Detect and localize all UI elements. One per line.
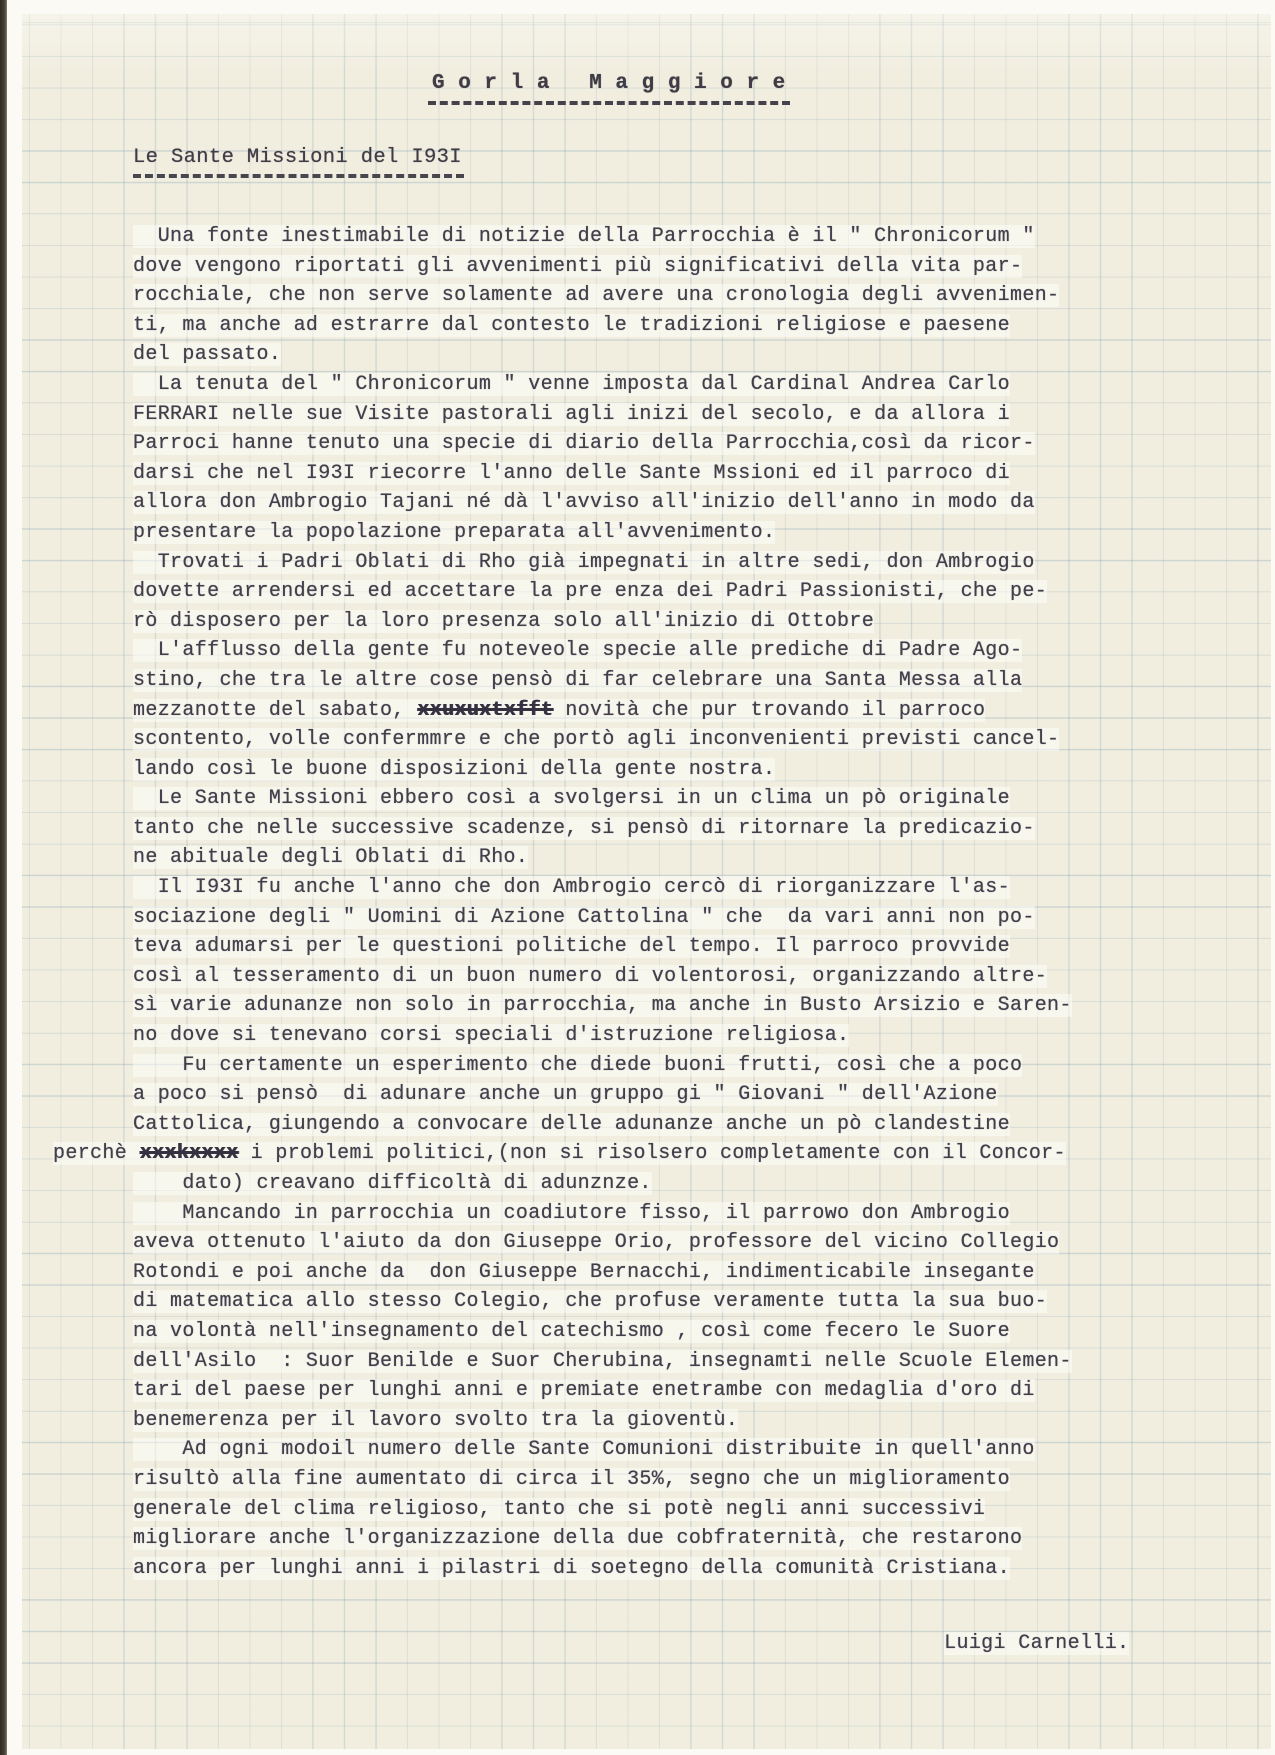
text-line: rocchiale, che non serve solamente ad av… [133, 281, 1213, 311]
title-underline: G o r l a M a g g i o r e [428, 72, 790, 105]
text-line: ne abituale degli Oblati di Rho. [133, 843, 1213, 873]
text-line: dove vengono riportati gli avvenimenti p… [133, 252, 1213, 282]
text-line: scontento, volle confermmre e che portò … [133, 725, 1213, 755]
text-line: na volontà nell'insegnamento del catechi… [133, 1317, 1213, 1347]
page-title: G o r l a M a g g i o r e [432, 72, 786, 95]
text-line: L'afflusso della gente fu noteveole spec… [133, 636, 1213, 666]
signature: Luigi Carnelli. [944, 1632, 1129, 1655]
scan-edge-shadow [0, 0, 7, 1755]
text-line: La tenuta del " Chronicorum " venne impo… [133, 370, 1213, 400]
text-line: darsi che nel I93I riecorre l'anno delle… [133, 459, 1213, 489]
text-line: Parroci hanne tenuto una specie di diari… [133, 429, 1213, 459]
text-line: rò disposero per la loro presenza solo a… [133, 607, 1213, 637]
text-line: Trovati i Padri Oblati di Rho già impegn… [133, 548, 1213, 578]
text-line: allora don Ambrogio Tajani né dà l'avvis… [133, 488, 1213, 518]
struck-out-text: xxuxuxtxfft [417, 699, 553, 722]
text-line: di matematica allo stesso Colegio, che p… [133, 1287, 1213, 1317]
text-line: no dove si tenevano corsi speciali d'ist… [133, 1021, 1213, 1051]
text-line: ti, ma anche ad estrarre dal contesto le… [133, 311, 1213, 341]
text-line: tanto che nelle successive scadenze, si … [133, 814, 1213, 844]
text-line: Mancando in parrocchia un coadiutore fis… [133, 1199, 1213, 1229]
struck-out-text: xxxkxxxx [139, 1142, 238, 1165]
text-line: risultò alla fine aumentato di circa il … [133, 1465, 1213, 1495]
text-line: migliorare anche l'organizzazione della … [133, 1524, 1213, 1554]
text-line: ancora per lunghi anni i pilastri di soe… [133, 1554, 1213, 1584]
text-line: benemerenza per il lavoro svolto tra la … [133, 1406, 1213, 1436]
text-block: Una fonte inestimabile di notizie della … [133, 222, 1213, 1583]
text-line: Il I93I fu anche l'anno che don Ambrogio… [133, 873, 1213, 903]
text-line: perchè xxxkxxxx i problemi politici,(non… [53, 1139, 1213, 1169]
text-line: lando così le buone disposizioni della g… [133, 755, 1213, 785]
text-line: stino, che tra le altre cose pensò di fa… [133, 666, 1213, 696]
text-line: sociazione degli " Uomini di Azione Catt… [133, 903, 1213, 933]
text-line: dell'Asilo : Suor Benilde e Suor Cherubi… [133, 1347, 1213, 1377]
text-line: aveva ottenuto l'aiuto da don Giuseppe O… [133, 1228, 1213, 1258]
text-line: FERRARI nelle sue Visite pastorali agli … [133, 400, 1213, 430]
text-line: Cattolica, giungendo a convocare delle a… [133, 1110, 1213, 1140]
text-line: dato) creavano difficoltà di adunznze. [133, 1169, 1213, 1199]
text-line: dovette arrendersi ed accettare la pre e… [133, 577, 1213, 607]
text-line: Una fonte inestimabile di notizie della … [133, 222, 1213, 252]
text-line: Fu certamente un esperimento che diede b… [133, 1051, 1213, 1081]
subtitle-underline: Le Sante Missioni del I93I [133, 146, 464, 178]
text-line: Le Sante Missioni ebbero così a svolgers… [133, 784, 1213, 814]
text-line: mezzanotte del sabato, xxuxuxtxfft novit… [133, 696, 1213, 726]
text-line: del passato. [133, 340, 1213, 370]
text-line: tari del paese per lunghi anni e premiat… [133, 1376, 1213, 1406]
text-line: Rotondi e poi anche da don Giuseppe Bern… [133, 1258, 1213, 1288]
text-line: così al tesseramento di un buon numero d… [133, 962, 1213, 992]
text-line: Ad ogni modoil numero delle Sante Comuni… [133, 1435, 1213, 1465]
scanned-document: G o r l a M a g g i o r e Le Sante Missi… [0, 0, 1275, 1755]
text-line: teva adumarsi per le questioni politiche… [133, 932, 1213, 962]
signature-block: Luigi Carnelli. [133, 1585, 1213, 1629]
section-heading: Le Sante Missioni del I93I [133, 146, 462, 169]
text-line: a poco si pensò di adunare anche un grup… [133, 1080, 1213, 1110]
text-line: sì varie adunanze non solo in parrocchia… [133, 991, 1213, 1021]
text-line: presentare la popolazione preparata all'… [133, 518, 1213, 548]
text-line: generale del clima religioso, tanto che … [133, 1495, 1213, 1525]
